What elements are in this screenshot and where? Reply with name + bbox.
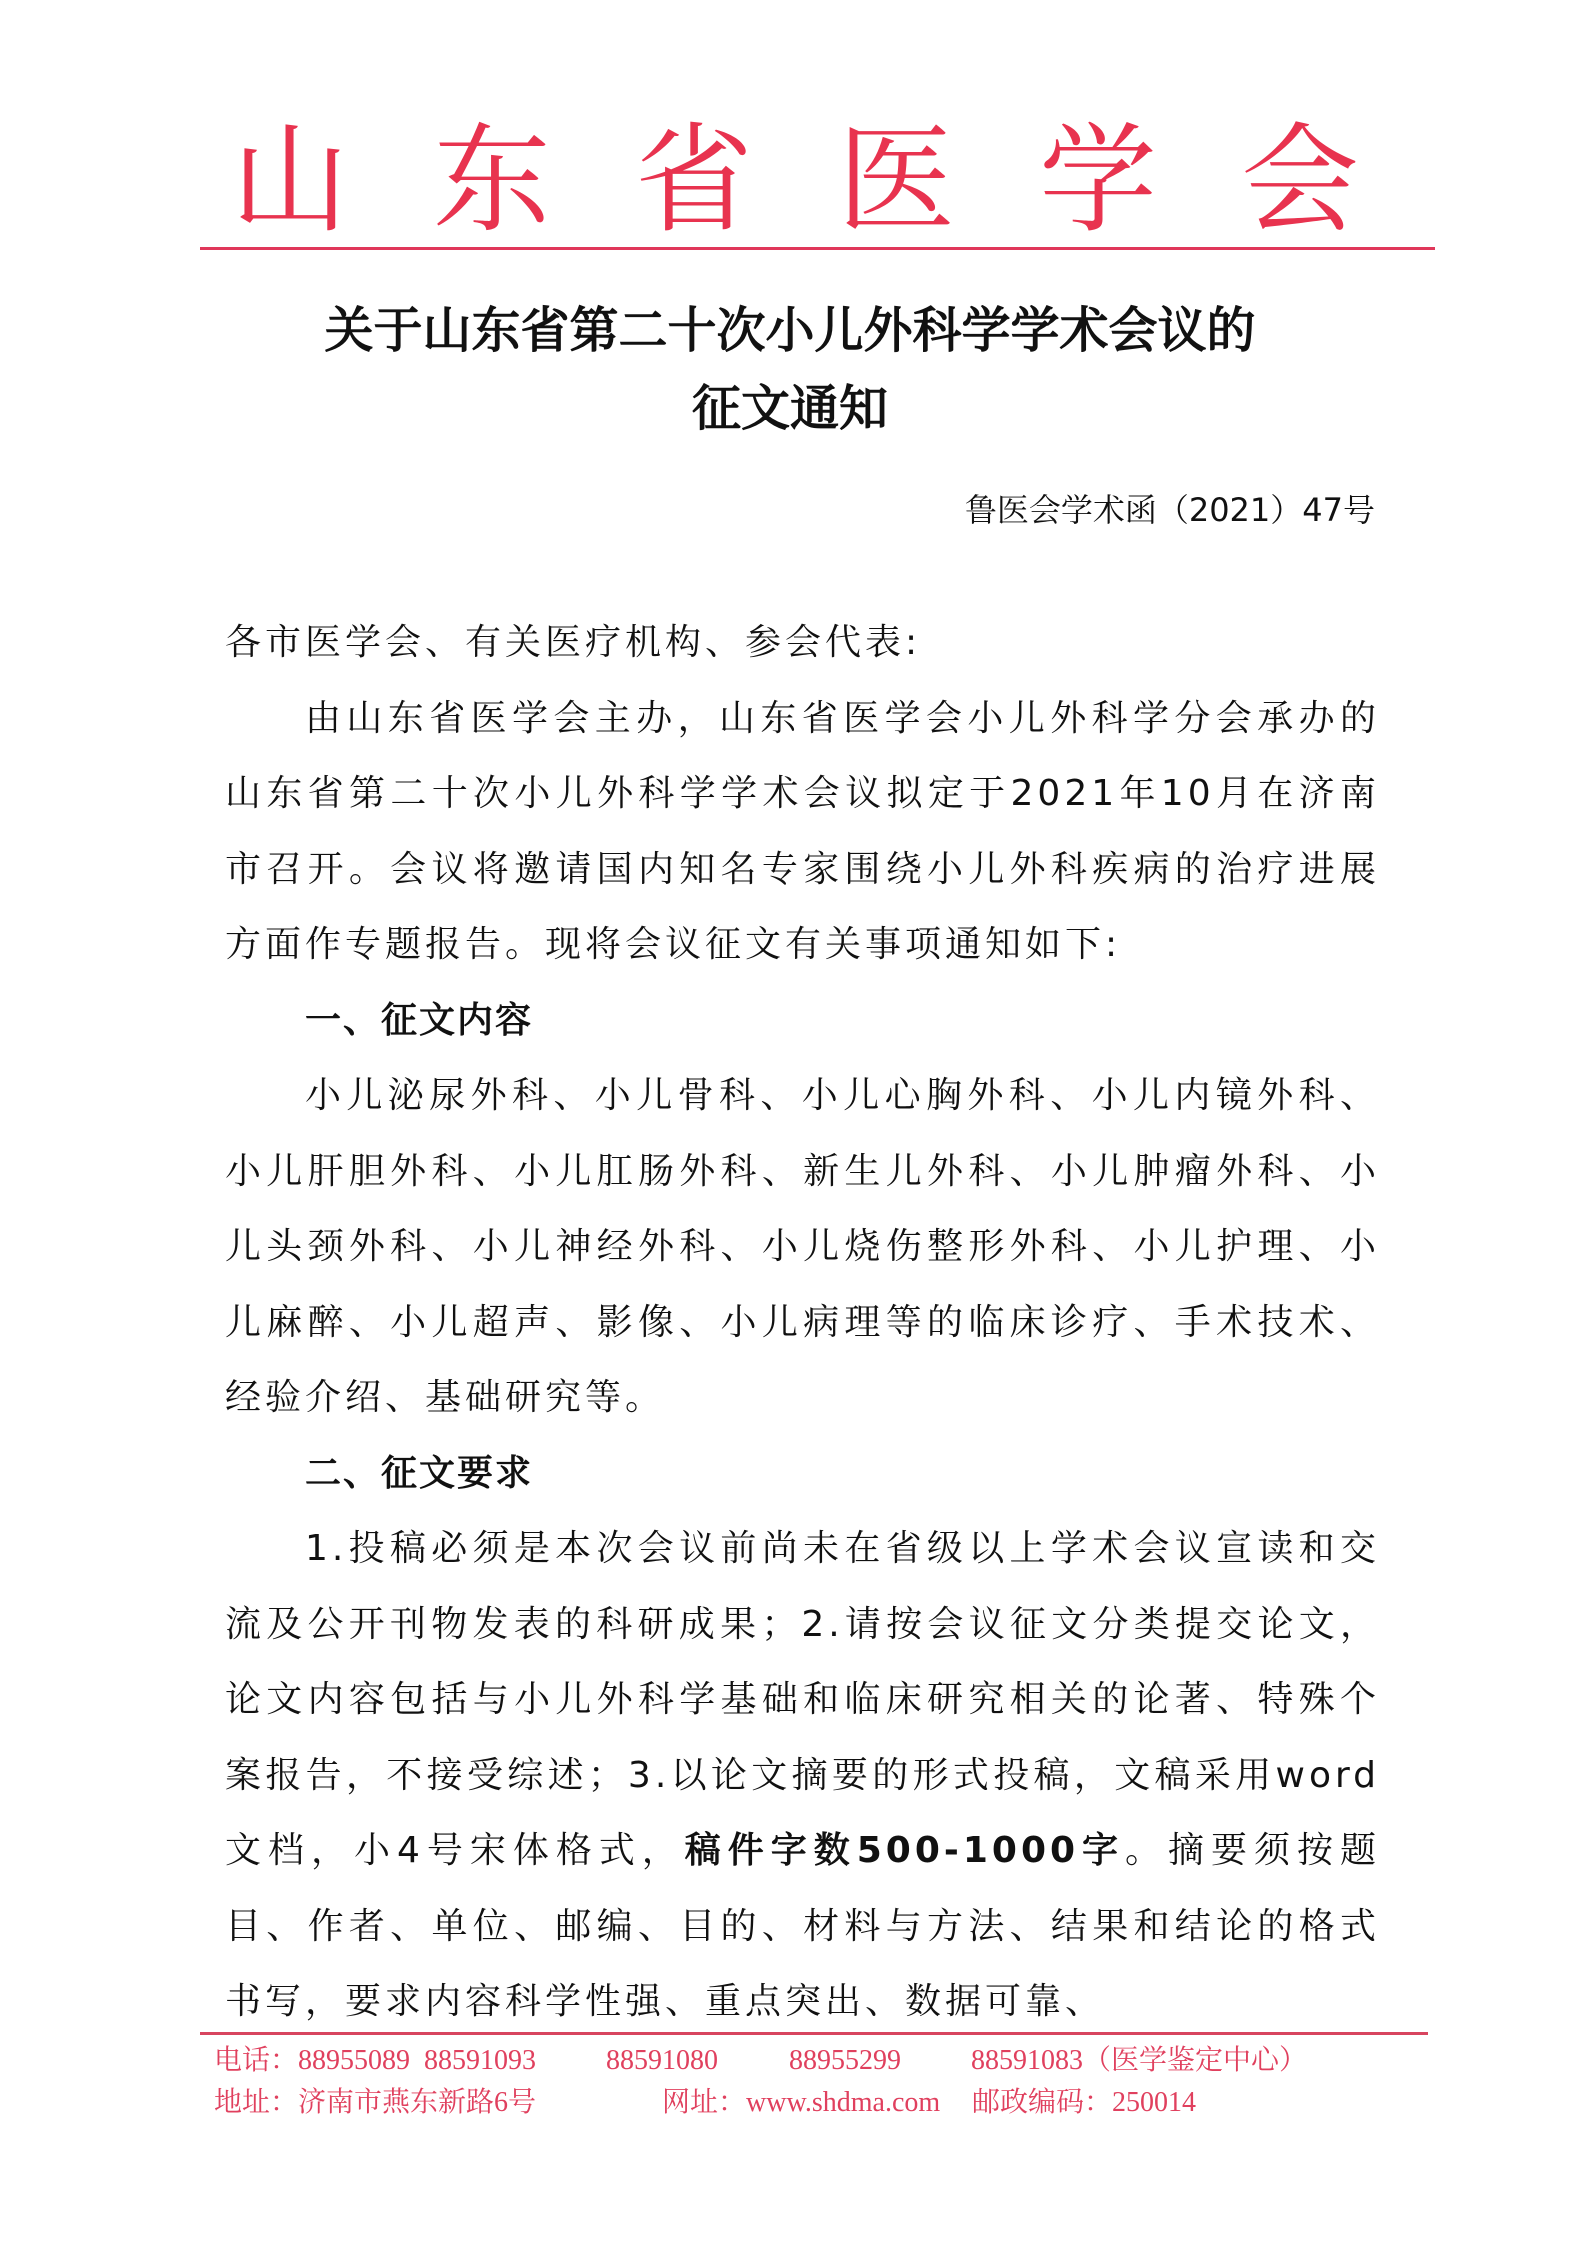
phone-number: 88955089: [298, 2045, 410, 2076]
letterhead-char: 山: [220, 118, 360, 243]
phone-number: 88591093: [424, 2040, 536, 2082]
footer-divider: [200, 2032, 1428, 2035]
phone-number: 88955299: [789, 2040, 901, 2082]
phone-label: 电话：88955089: [214, 2040, 410, 2082]
letterhead-char: 医: [826, 118, 966, 243]
letterhead-char: 学: [1028, 118, 1168, 243]
requirements-text: 1.投稿必须是本次会议前尚未在省级以上学术会议宣读和交流及公开刊物发表的科研成果…: [225, 1528, 1380, 1871]
letterhead-char: 会: [1230, 118, 1370, 243]
letterhead-char: 东: [422, 118, 562, 243]
intro-paragraph: 由山东省医学会主办，山东省医学会小儿外科学分会承办的山东省第二十次小儿外科学学术…: [225, 681, 1380, 983]
document-body: 各市医学会、有关医疗机构、参会代表: 由山东省医学会主办，山东省医学会小儿外科学…: [225, 605, 1380, 2040]
website: 网址：www.shdma.com: [662, 2082, 940, 2124]
section-requirements-paragraph: 1.投稿必须是本次会议前尚未在省级以上学术会议宣读和交流及公开刊物发表的科研成果…: [225, 1511, 1380, 2040]
document-title: 关于山东省第二十次小儿外科学学术会议的 征文通知: [200, 292, 1380, 448]
address: 地址：济南市燕东新路6号: [214, 2082, 536, 2124]
document-number: 鲁医会学术函（2021）47号: [965, 490, 1375, 530]
phone-number: 88591083（医学鉴定中心）: [971, 2040, 1307, 2082]
section-heading-content: 一、征文内容: [225, 983, 1380, 1059]
letterhead-footer: 电话：88955089 88591093 88591080 88955299 8…: [214, 2040, 1434, 2124]
footer-phones: 电话：88955089 88591093 88591080 88955299 8…: [214, 2040, 1434, 2082]
word-count-requirement: 稿件字数500-1000字: [685, 1830, 1125, 1871]
section-content-paragraph: 小儿泌尿外科、小儿骨科、小儿心胸外科、小儿内镜外科、小儿肝胆外科、小儿肛肠外科、…: [225, 1058, 1380, 1436]
section-heading-requirements: 二、征文要求: [225, 1436, 1380, 1512]
letterhead-divider: [200, 247, 1435, 250]
footer-address-row: 地址：济南市燕东新路6号 网址：www.shdma.com 邮政编码：25001…: [214, 2082, 1434, 2124]
salutation: 各市医学会、有关医疗机构、参会代表:: [225, 605, 1380, 681]
title-line-2: 征文通知: [200, 370, 1380, 448]
phone-number: 88591080: [606, 2040, 718, 2082]
letterhead-char: 省: [624, 118, 764, 243]
title-line-1: 关于山东省第二十次小儿外科学学术会议的: [200, 292, 1380, 370]
document-page: 山 东 省 医 学 会 关于山东省第二十次小儿外科学学术会议的 征文通知 鲁医会…: [0, 0, 1589, 2245]
postcode: 邮政编码：250014: [972, 2082, 1196, 2124]
letterhead-org-name: 山 东 省 医 学 会: [220, 118, 1370, 243]
